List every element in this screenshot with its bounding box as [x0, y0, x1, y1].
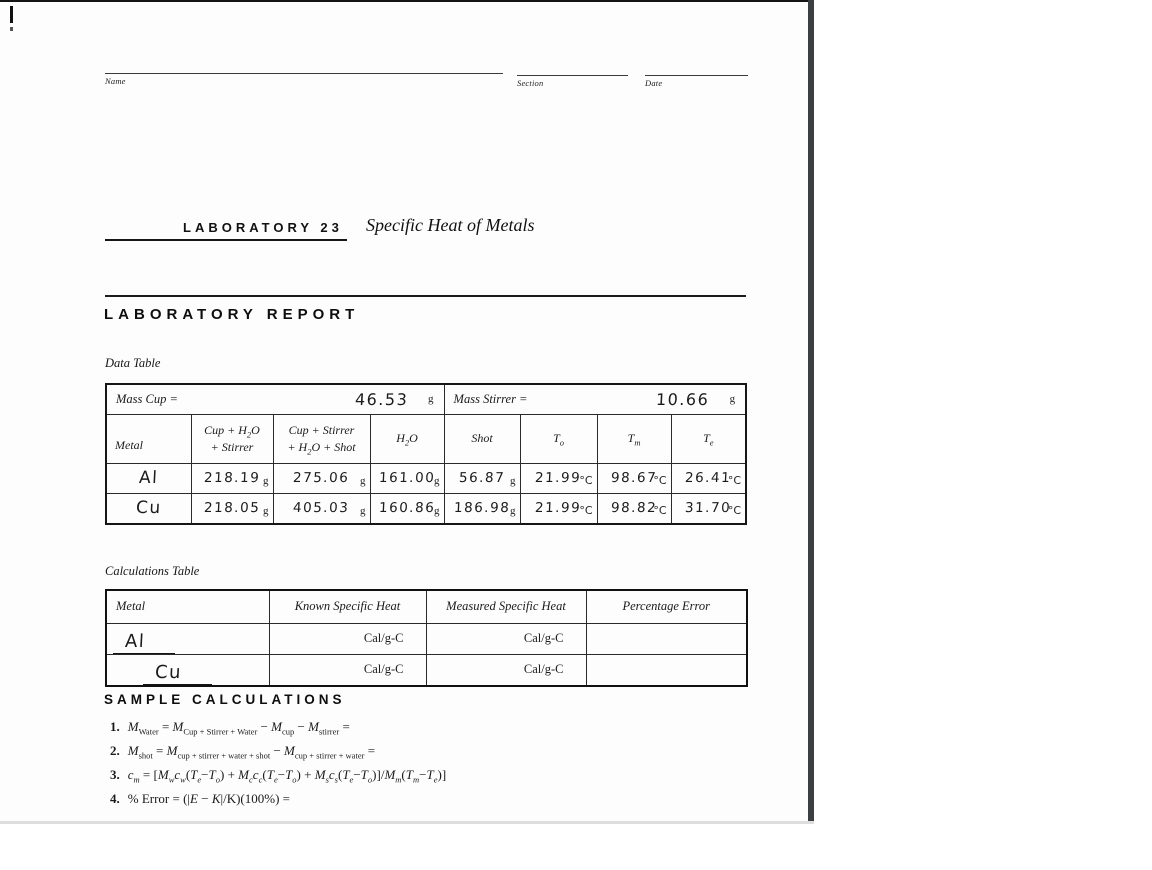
al-cup-h2o-stirrer-cell: 218.19g — [191, 463, 273, 493]
formula-specific-heat: cm = [Mwcw(Te−To) + Mccc(Te−To) + Mscs(T… — [128, 767, 446, 782]
col-header-t-metal: Tm — [597, 414, 671, 463]
data-table-header-row: Metal Cup + H2O+ Stirrer Cup + Stirrer+ … — [106, 414, 746, 463]
col-header-t-initial: To — [520, 414, 597, 463]
scanned-page-right-edge — [808, 0, 814, 822]
calc-row-copper: Cu Cal/g-C Cal/g-C — [106, 654, 747, 686]
cu-h2o-cell: 160.86g — [370, 493, 444, 524]
sample-calc-1: 1.MWater = MCup + Stirrer + Water − Mcup… — [104, 715, 749, 739]
report-heading-rule — [105, 295, 746, 297]
al-percentage-error-cell — [586, 623, 747, 654]
item-number: 1. — [110, 719, 120, 734]
scanned-lab-report-page: Name Section Date LABORATORY 23 Specific… — [0, 0, 814, 823]
cu-measured-specific-heat-cell: Cal/g-C — [426, 654, 586, 686]
al-t-initial-cell: 21.99°C — [520, 463, 597, 493]
formula-percent-error: % Error = (|E − K|/K)(100%) = — [128, 791, 290, 806]
col-header-h2o: H2O — [370, 414, 444, 463]
calc-col-header-error: Percentage Error — [586, 590, 747, 623]
calculations-table: Metal Known Specific Heat Measured Speci… — [105, 589, 748, 687]
al-shot-cell: 56.87g — [444, 463, 520, 493]
item-number: 2. — [110, 743, 120, 758]
al-cup-stirrer-h2o-shot-cell: 275.06g — [273, 463, 370, 493]
mass-cup-cell: Mass Cup = 46.53 g — [106, 384, 444, 414]
calc-col-header-metal: Metal — [106, 590, 269, 623]
mass-stirrer-label: Mass Stirrer = — [454, 392, 528, 407]
col-header-shot: Shot — [444, 414, 520, 463]
cu-shot-cell: 186.98g — [444, 493, 520, 524]
mass-cup-label: Mass Cup = — [116, 392, 178, 407]
scan-artifact-exclamation — [10, 6, 13, 23]
mass-cup-unit: g — [428, 393, 434, 405]
calc-col-header-known: Known Specific Heat — [269, 590, 426, 623]
calc-col-header-measured: Measured Specific Heat — [426, 590, 586, 623]
mass-stirrer-value: 10.66 — [656, 390, 710, 409]
cu-percentage-error-cell — [586, 654, 747, 686]
sample-calculations-section: SAMPLE CALCULATIONS 1.MWater = MCup + St… — [104, 692, 749, 811]
calc-metal-cell: Cu — [106, 654, 269, 686]
al-measured-specific-heat-cell: Cal/g-C — [426, 623, 586, 654]
al-t-equilibrium-cell: 26.41°C — [671, 463, 746, 493]
cu-t-metal-cell: 98.82°C — [597, 493, 671, 524]
mass-stirrer-cell: Mass Stirrer = 10.66 g — [444, 384, 746, 414]
al-h2o-cell: 161.00g — [370, 463, 444, 493]
sample-calc-2: 2.Mshot = Mcup + stirrer + water + shot … — [104, 739, 749, 763]
page-top-edge-line — [0, 0, 810, 2]
cu-t-initial-cell: 21.99°C — [520, 493, 597, 524]
mass-cup-value: 46.53 — [354, 390, 408, 409]
col-header-cup-h2o-stirrer: Cup + H2O+ Stirrer — [191, 414, 273, 463]
scanned-page-bottom-edge — [0, 821, 814, 824]
cu-cup-stirrer-h2o-shot-cell: 405.03g — [273, 493, 370, 524]
metal-name-cell: Cu — [106, 493, 191, 524]
formula-mass-shot: Mshot = Mcup + stirrer + water + shot − … — [128, 743, 375, 758]
col-header-cup-stirrer-h2o-shot: Cup + Stirrer+ H2O + Shot — [273, 414, 370, 463]
col-header-t-equilibrium: Te — [671, 414, 746, 463]
sample-calc-4: 4.% Error = (|E − K|/K)(100%) = — [104, 787, 749, 811]
lab-title: Specific Heat of Metals — [366, 215, 534, 236]
section-field-line: Section — [517, 75, 628, 88]
sample-calc-3: 3.cm = [Mwcw(Te−To) + Mccc(Te−To) + Mscs… — [104, 763, 749, 787]
lab-heading-underline — [105, 239, 347, 241]
data-row-aluminum: Al 218.19g 275.06g 161.00g 56.87g 21.99°… — [106, 463, 746, 493]
calc-row-aluminum: Al Cal/g-C Cal/g-C — [106, 623, 747, 654]
al-t-metal-cell: 98.67°C — [597, 463, 671, 493]
metal-name-cell: Al — [106, 463, 191, 493]
cu-cup-h2o-stirrer-cell: 218.05g — [191, 493, 273, 524]
name-field-label: Name — [105, 76, 503, 86]
section-field-label: Section — [517, 78, 628, 88]
calc-table-caption: Calculations Table — [105, 564, 199, 579]
item-number: 4. — [110, 791, 120, 806]
name-field-line: Name — [105, 73, 503, 86]
date-field-line: Date — [645, 75, 748, 88]
mass-row: Mass Cup = 46.53 g Mass Stirrer = 10.66 … — [106, 384, 746, 414]
lab-number-heading: LABORATORY 23 — [183, 220, 343, 235]
report-heading: LABORATORY REPORT — [104, 306, 359, 323]
item-number: 3. — [110, 767, 120, 782]
calc-table-header-row: Metal Known Specific Heat Measured Speci… — [106, 590, 747, 623]
data-row-copper: Cu 218.05g 405.03g 160.86g 186.98g 21.99… — [106, 493, 746, 524]
formula-mass-water: MWater = MCup + Stirrer + Water − Mcup −… — [128, 719, 350, 734]
mass-stirrer-unit: g — [730, 393, 736, 405]
date-field-label: Date — [645, 78, 748, 88]
col-header-metal: Metal — [106, 414, 191, 463]
al-known-specific-heat-cell: Cal/g-C — [269, 623, 426, 654]
calc-metal-cell: Al — [106, 623, 269, 654]
cu-known-specific-heat-cell: Cal/g-C — [269, 654, 426, 686]
cu-t-equilibrium-cell: 31.70°C — [671, 493, 746, 524]
data-table-caption: Data Table — [105, 356, 160, 371]
data-table: Mass Cup = 46.53 g Mass Stirrer = 10.66 … — [105, 383, 747, 525]
sample-calculations-heading: SAMPLE CALCULATIONS — [104, 692, 749, 707]
